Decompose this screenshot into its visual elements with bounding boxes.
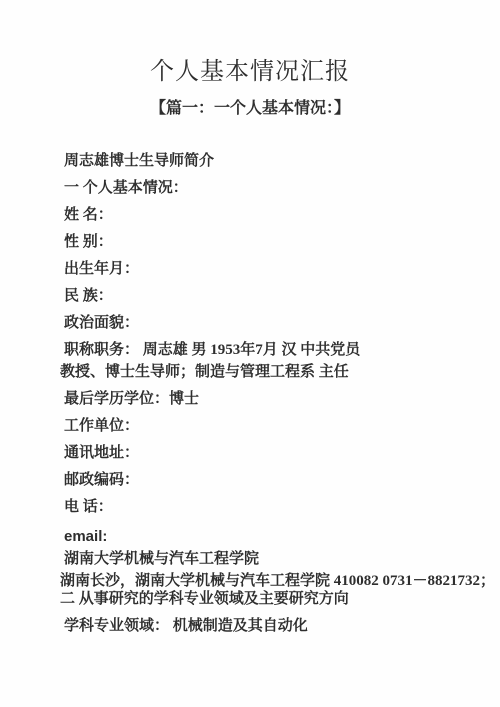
section-2-heading: 二 从事研究的学科专业领域及主要研究方向 bbox=[60, 591, 480, 607]
field-research-area: 学科专业领域： 机械制造及其自动化 bbox=[64, 618, 480, 634]
field-gender-label: 性 别： bbox=[64, 234, 480, 250]
field-phone-label: 电 话： bbox=[64, 499, 480, 515]
field-highest-degree: 最后学历学位：博士 bbox=[64, 391, 480, 407]
page-title: 个人基本情况汇报 bbox=[0, 57, 500, 87]
address-contact-line: 湖南长沙，湖南大学机械与汽车工程学院 410082 0731－8821732； bbox=[60, 573, 480, 589]
field-title-position: 职称职务： 周志雄 男 1953年7月 汉 中共党员 bbox=[64, 342, 480, 358]
section-subtitle: 【篇一：一个人基本情况：】 bbox=[0, 98, 500, 120]
document-body: 周志雄博士生导师简介 一 个人基本情况： 姓 名： 性 别： 出生年月： 民 族… bbox=[0, 153, 500, 634]
field-ethnicity-label: 民 族： bbox=[64, 288, 480, 304]
person-intro-heading: 周志雄博士生导师简介 bbox=[64, 153, 480, 169]
document-page: 个人基本情况汇报 【篇一：一个人基本情况：】 周志雄博士生导师简介 一 个人基本… bbox=[0, 0, 500, 707]
field-birthdate-label: 出生年月： bbox=[64, 261, 480, 277]
field-political-status-label: 政治面貌： bbox=[64, 315, 480, 331]
field-mailing-address-label: 通讯地址： bbox=[64, 445, 480, 461]
field-work-unit-label: 工作单位： bbox=[64, 418, 480, 434]
field-email-label: email: bbox=[64, 529, 480, 545]
field-name-label: 姓 名： bbox=[64, 207, 480, 223]
work-unit-value: 湖南大学机械与汽车工程学院 bbox=[64, 551, 480, 567]
field-postal-code-label: 邮政编码： bbox=[64, 472, 480, 488]
field-title-position-continued: 教授、博士生导师；制造与管理工程系 主任 bbox=[60, 364, 480, 380]
section-1-heading: 一 个人基本情况： bbox=[64, 180, 480, 196]
